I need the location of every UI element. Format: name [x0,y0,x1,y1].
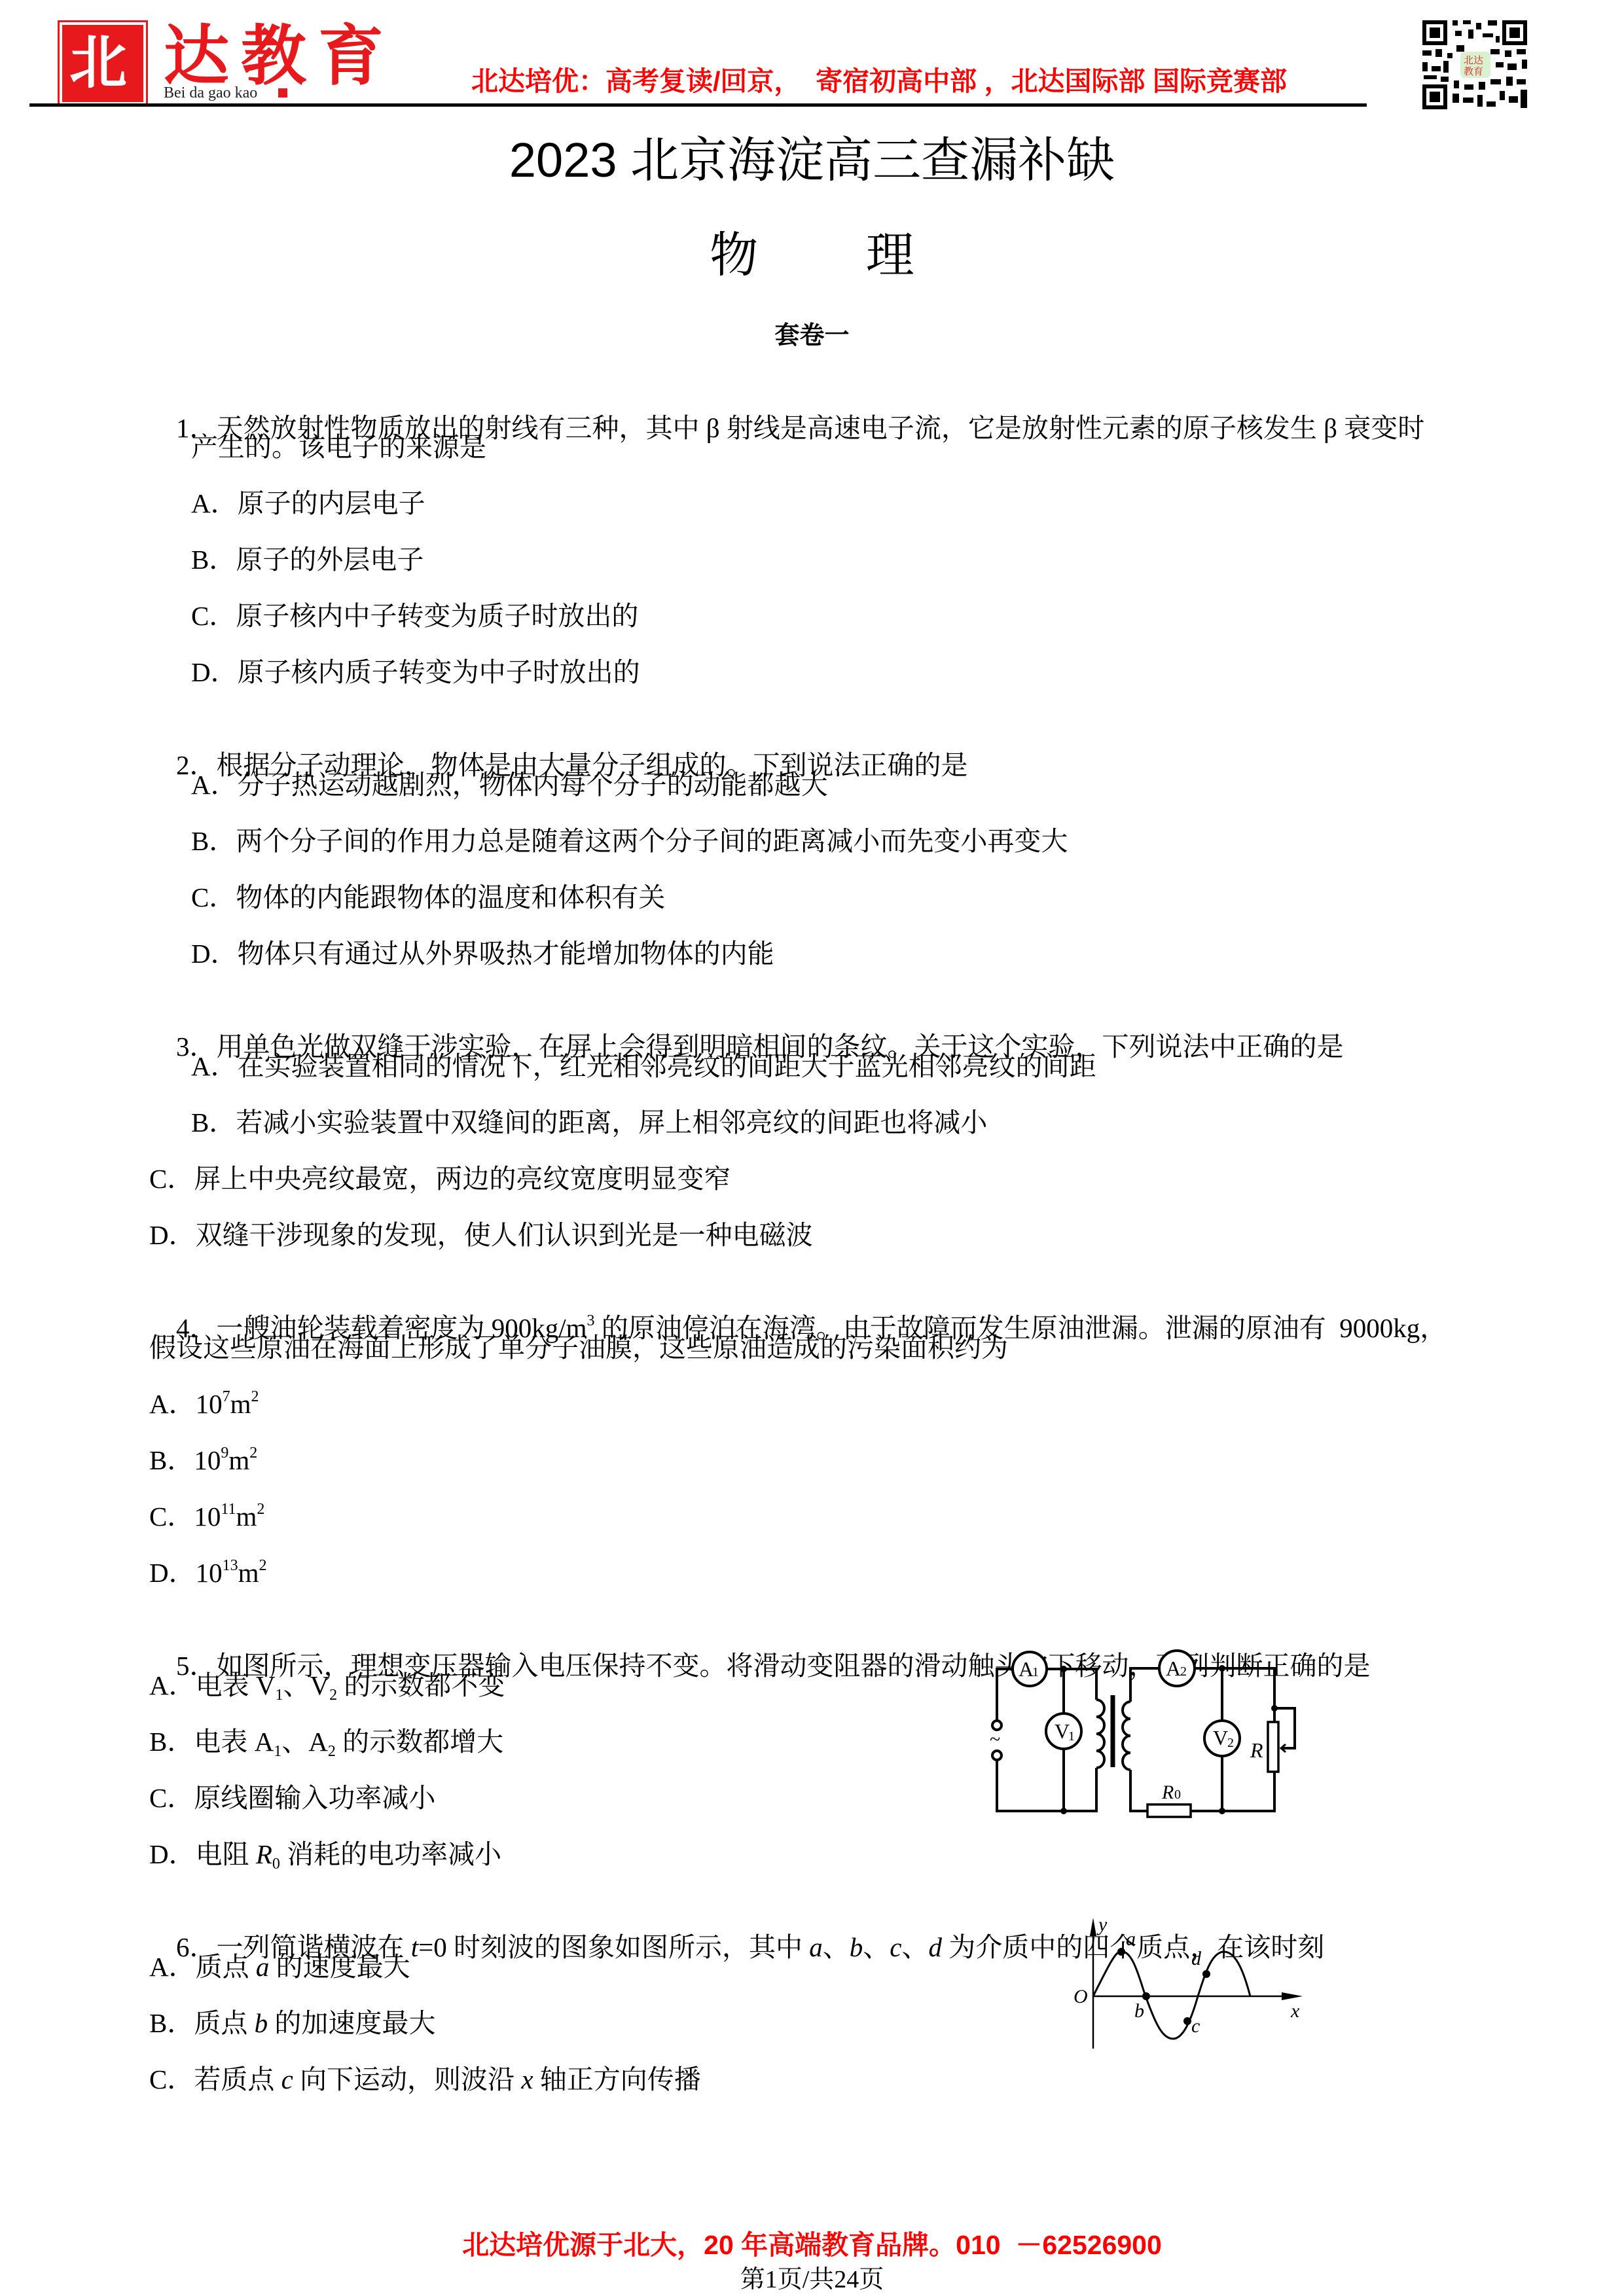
footer-slogan: 北达培优源于北大，20 年高端教育品牌。010 －62526900 [0,2227,1624,2263]
svg-text:R: R [1161,1782,1174,1803]
option-a[interactable]: A．质点 a 的速度最大 [149,1948,410,1985]
option-b[interactable]: B．若减小实验装置中双缝间的距离，屏上相邻亮纹的间距也将减小 [191,1104,987,1141]
point-b-icon [1142,1992,1150,2000]
point-c-icon [1183,2017,1191,2025]
option-c[interactable]: C．1011m2 [149,1498,264,1535]
qr-code-icon: 北达 教育 [1417,16,1535,115]
y-axis-arrow-icon [1090,1918,1096,1936]
svg-text:1: 1 [1032,1665,1039,1679]
option-c[interactable]: C．屏上中央亮纹最宽，两边的亮纹宽度明显变窄 [149,1160,731,1197]
transformer-circuit-diagram: A1 A2 V1 V2 R R0 ~ [969,1640,1316,1836]
option-b[interactable]: B．原子的外层电子 [191,541,424,578]
option-d[interactable]: D．物体只有通过从外界吸热才能增加物体的内能 [191,935,774,972]
logo-mark: 北 [62,25,143,102]
option-b[interactable]: B．109m2 [149,1442,257,1479]
svg-text:d: d [1191,1948,1202,1969]
option-d[interactable]: D．1013m2 [149,1554,267,1591]
svg-text:R: R [1250,1738,1263,1762]
point-d-icon [1202,1970,1210,1978]
svg-text:b: b [1134,2000,1144,2022]
logo-subtitle: Bei da gao kao [164,84,257,102]
svg-text:c: c [1191,2015,1200,2037]
option-b[interactable]: B．质点 b 的加速度最大 [149,2005,435,2041]
option-b[interactable]: B．电表 A1、A2 的示数都增大 [149,1723,503,1760]
logo-mark-char: 北 [69,29,127,95]
wave-curve [1093,1952,1250,2039]
header-divider [29,103,1367,107]
option-b[interactable]: B．两个分子间的作用力总是随着这两个分子间的距离减小而先变小再变大 [191,823,1068,859]
question-stem-cont: 假设这些原油在海面上形成了单分子油膜，这些原油造成的污染面积约为 [149,1329,1008,1366]
svg-text:2: 2 [1180,1664,1187,1679]
primary-coil-icon [1096,1700,1104,1768]
svg-text:a: a [1126,1928,1136,1950]
terminal-bottom-icon [992,1751,1001,1760]
subject-heading: 物 理 [0,223,1624,288]
svg-text:教育: 教育 [1464,65,1483,77]
svg-text:A: A [1019,1657,1034,1681]
option-d[interactable]: D．双缝干涉现象的发现，使人们认识到光是一种电磁波 [149,1217,813,1253]
set-label: 套卷一 [0,319,1624,352]
svg-text:~: ~ [990,1729,1000,1750]
option-c[interactable]: C．若质点 c 向下运动，则波沿 x 轴正方向传播 [149,2061,701,2098]
rheostat-r-icon [1268,1722,1278,1772]
svg-text:O: O [1074,1986,1088,2007]
question-stem-cont: 产生的。该电子的来源是 [191,429,486,465]
svg-text:0: 0 [1174,1787,1181,1802]
svg-text:2: 2 [1227,1736,1234,1750]
option-c[interactable]: C．原子核内中子转变为质子时放出的 [191,598,638,634]
option-d[interactable]: D．原子核内质子转变为中子时放出的 [191,654,640,691]
svg-text:A: A [1166,1657,1181,1680]
resistor-r0-icon [1147,1804,1191,1817]
wave-graph-diagram: y x O a b c d [1074,1911,1309,2055]
option-a[interactable]: A．电表 V1、V2 的示数都不变 [149,1667,505,1704]
option-a[interactable]: A．原子的内层电子 [191,485,425,522]
logo-text: 达教育 [164,20,395,92]
svg-text:y: y [1096,1914,1108,1935]
page-number: 第1页/共24页 [0,2263,1624,2296]
logo-dot-icon [278,88,287,98]
option-d[interactable]: D．电阻 R0 消耗的电功率减小 [149,1836,501,1873]
option-c[interactable]: C．物体的内能跟物体的温度和体积有关 [191,879,665,916]
option-a[interactable]: A．分子热运动越剧烈，物体内每个分子的动能都越大 [191,766,828,803]
option-a[interactable]: A．在实验装置相同的情况下，红光相邻亮纹的间距大于蓝光相邻亮纹的间距 [191,1048,1096,1085]
document-title: 2023 北京海淀高三查漏补缺 [0,128,1624,193]
option-a[interactable]: A．107m2 [149,1386,259,1422]
svg-text:V: V [1055,1719,1070,1743]
point-a-icon [1117,1948,1125,1956]
secondary-coil-icon [1123,1702,1130,1770]
svg-text:北达: 北达 [1464,55,1483,66]
svg-text:V: V [1213,1726,1228,1749]
svg-text:x: x [1290,2000,1300,2022]
header-slogan: 北达培优：高考复读/回京， 寄宿初高中部 ，北达国际部 国际竞赛部 [471,63,1287,99]
x-axis-arrow-icon [1282,1992,1303,2000]
option-c[interactable]: C．原线圈输入功率减小 [149,1780,435,1816]
svg-text:1: 1 [1068,1729,1075,1744]
